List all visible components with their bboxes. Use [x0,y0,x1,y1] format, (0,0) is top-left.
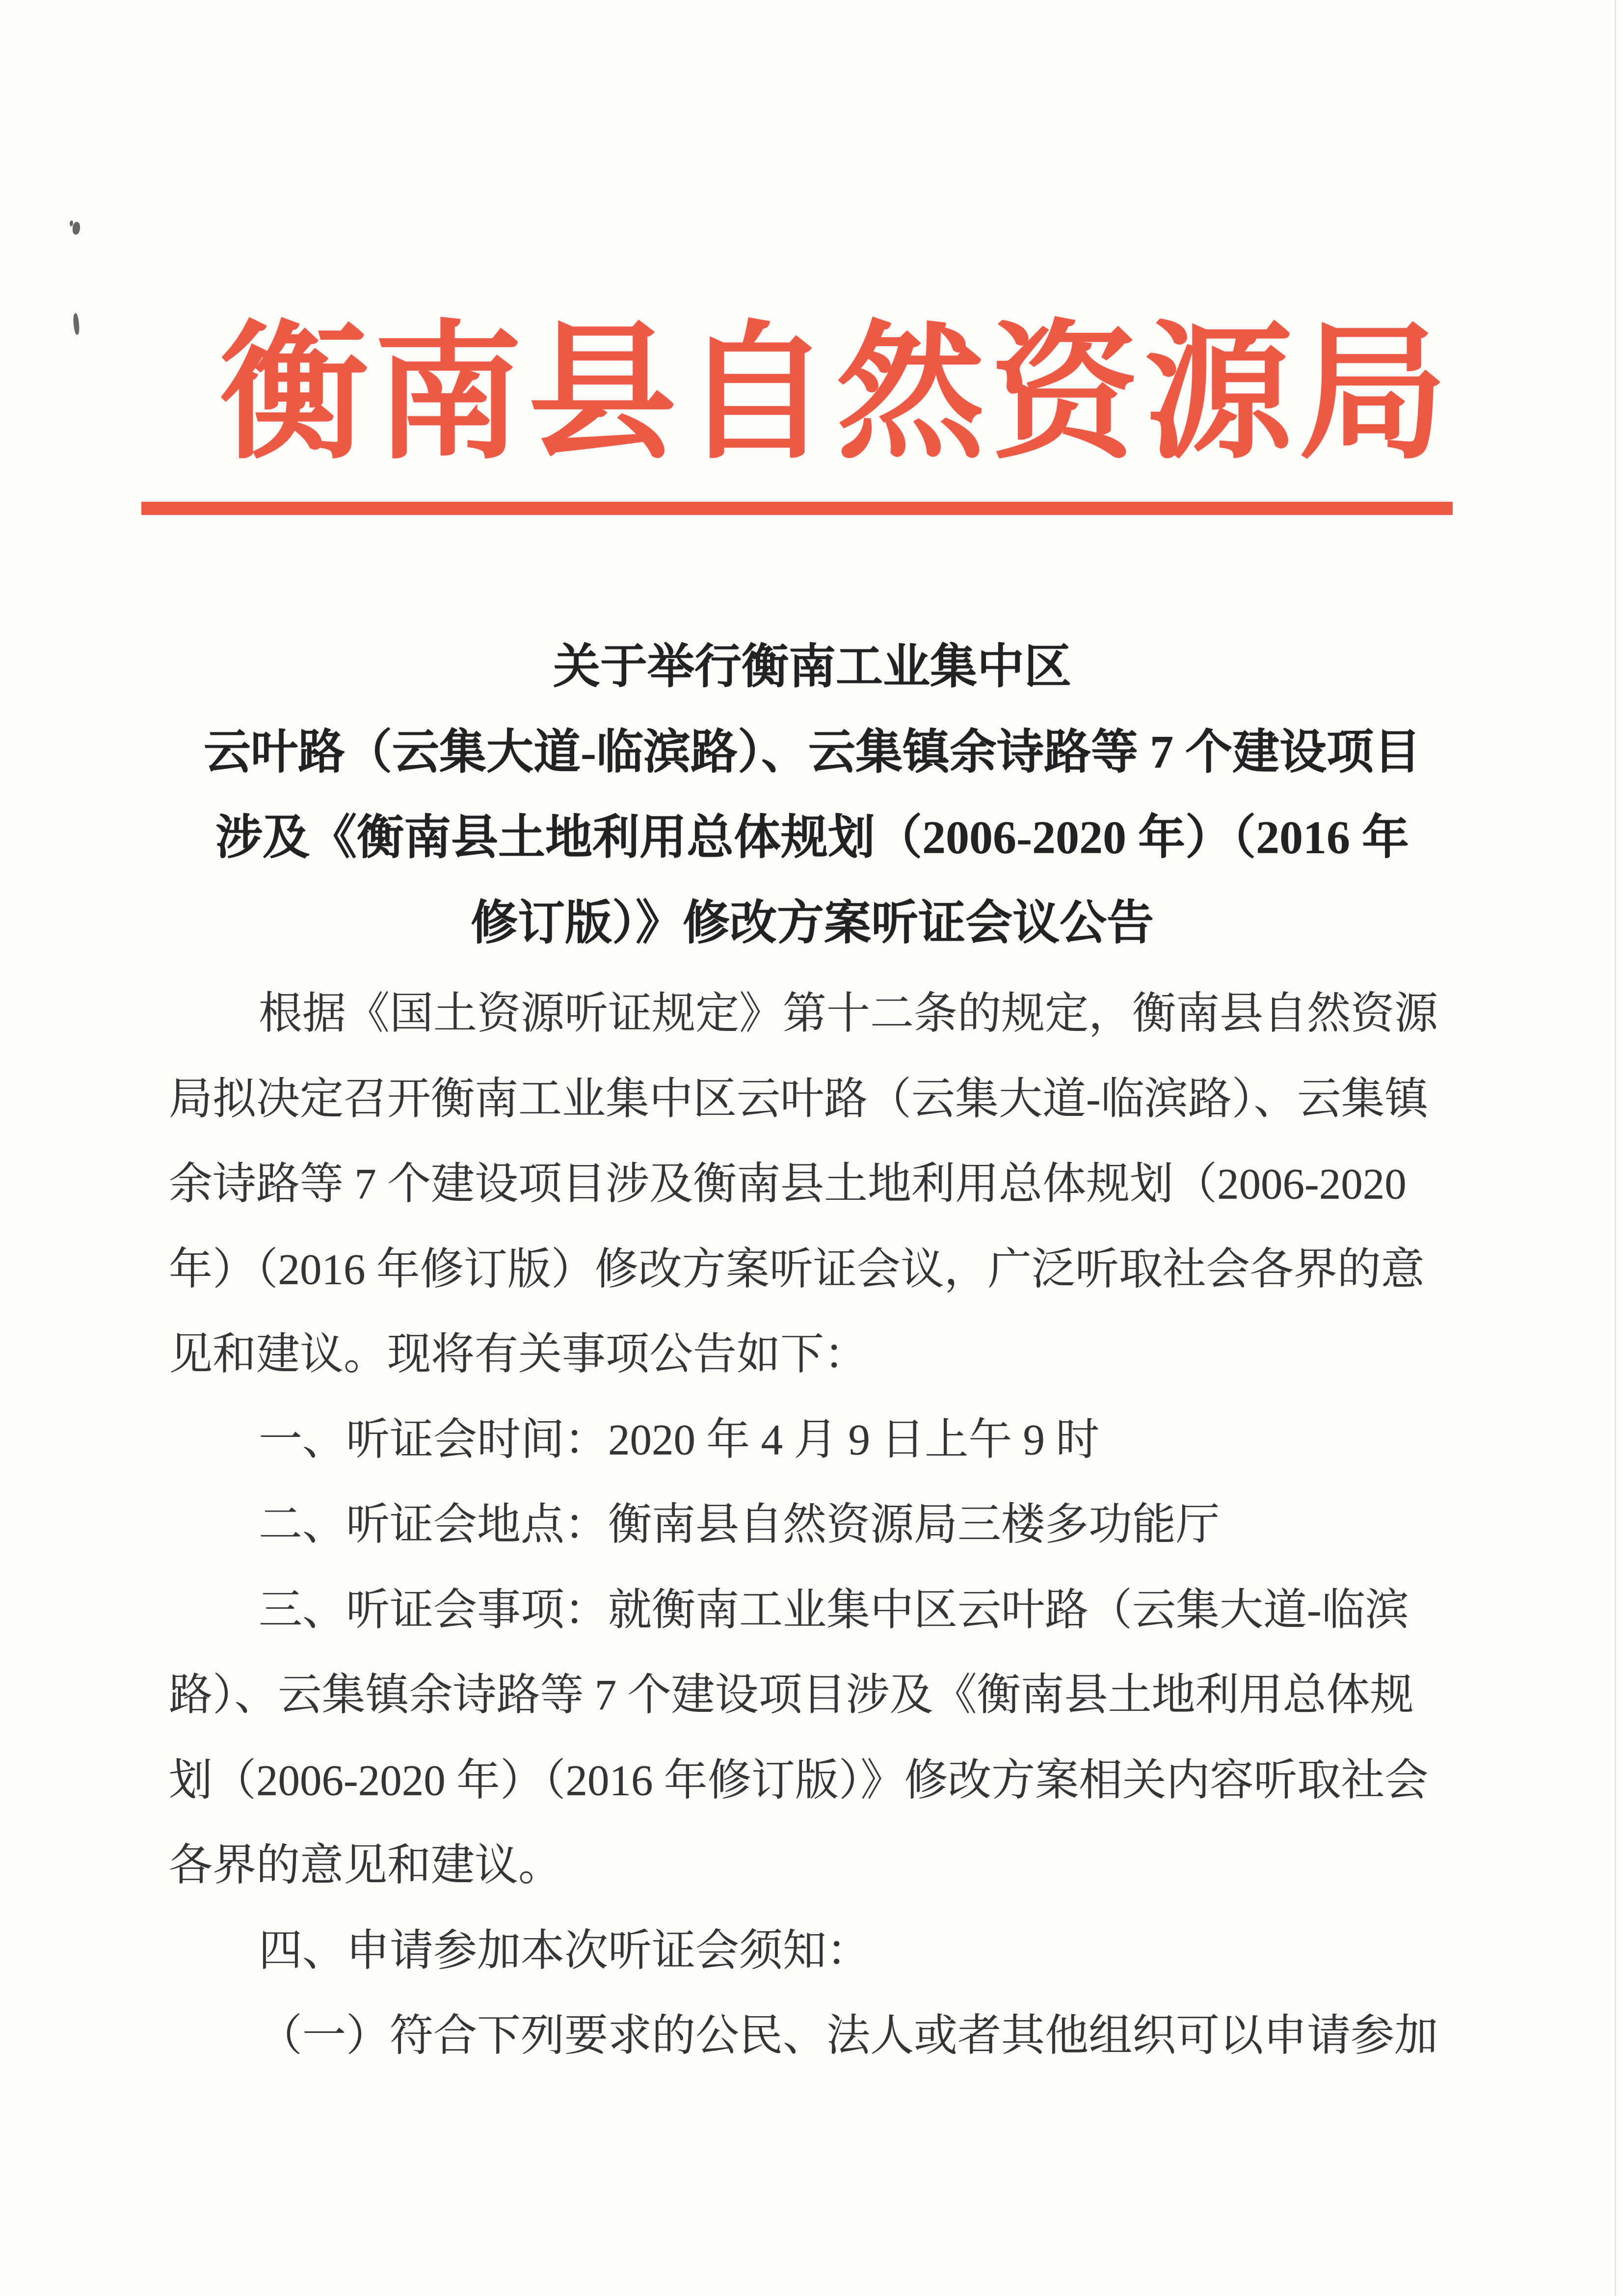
hearing-matters-line-2: 路）、云集镇余诗路等 7 个建设项目涉及《衡南县土地利用总体规 [169,1653,1453,1738]
body-paragraph-1-line-3: 余诗路等 7 个建设项目涉及衡南县土地利用总体规划（2006-2020 [169,1142,1453,1227]
title-line-1: 关于举行衡南工业集中区 [177,624,1448,709]
scanned-document-page: 衡南县自然资源局 关于举行衡南工业集中区 云叶路（云集大道-临滨路）、云集镇余诗… [0,0,1623,2296]
document-body: 根据《国土资源听证规定》第十二条的规定，衡南县自然资源 局拟决定召开衡南工业集中… [169,972,1453,2079]
scan-artifact [73,313,80,335]
title-line-4: 修订版）》修改方案听证会议公告 [177,880,1448,966]
eligibility-clause-line: （一）符合下列要求的公民、法人或者其他组织可以申请参加 [169,1994,1453,2079]
hearing-matters-line-3: 划（2006-2020 年）（2016 年修订版）》修改方案相关内容听取社会 [169,1738,1453,1824]
application-notice-line: 四、申请参加本次听证会须知： [169,1909,1453,1994]
hearing-matters-line-1: 三、听证会事项：就衡南工业集中区云叶路（云集大道-临滨 [169,1568,1453,1653]
document-title: 关于举行衡南工业集中区 云叶路（云集大道-临滨路）、云集镇余诗路等 7 个建设项… [177,624,1448,966]
body-paragraph-1-line-1: 根据《国土资源听证规定》第十二条的规定，衡南县自然资源 [169,972,1453,1057]
scanner-edge-line [1615,0,1616,2296]
letterhead-divider-rule [141,502,1453,515]
hearing-matters-line-4: 各界的意见和建议。 [169,1823,1453,1909]
body-paragraph-1-line-5: 见和建议。现将有关事项公告如下： [169,1312,1453,1398]
title-line-2: 云叶路（云集大道-临滨路）、云集镇余诗路等 7 个建设项目 [177,709,1448,795]
title-line-3: 涉及《衡南县土地利用总体规划（2006-2020 年）（2016 年 [177,795,1448,880]
hearing-time-line: 一、听证会时间：2020 年 4 月 9 日上午 9 时 [169,1398,1453,1483]
agency-name: 衡南县自然资源局 [220,298,1457,495]
scan-artifact [72,221,81,235]
body-paragraph-1-line-2: 局拟决定召开衡南工业集中区云叶路（云集大道-临滨路）、云集镇 [169,1057,1453,1142]
body-paragraph-1-line-4: 年）（2016 年修订版）修改方案听证会议，广泛听取社会各界的意 [169,1227,1453,1313]
hearing-location-line: 二、听证会地点：衡南县自然资源局三楼多功能厅 [169,1483,1453,1568]
